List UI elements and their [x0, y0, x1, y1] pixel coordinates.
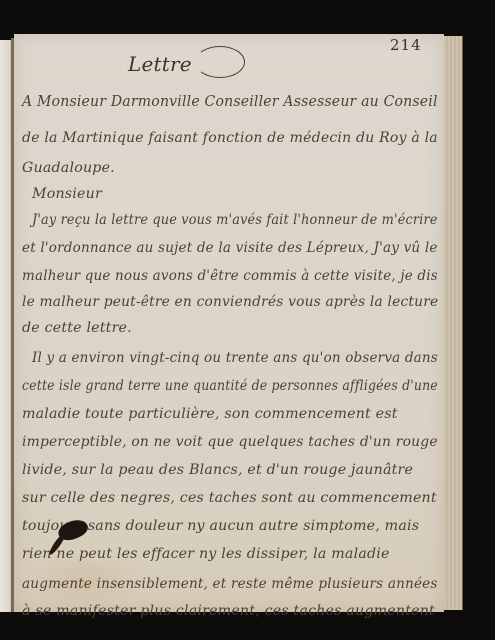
address-line-1: A Monsieur Darmonville Conseiller Assess…	[22, 92, 438, 110]
address-line-2: de la Martinique faisant fonction de méd…	[22, 130, 438, 146]
body-line-8: maladie toute particulière, son commence…	[22, 406, 398, 422]
body-line-14: augmente insensiblement, et reste même p…	[22, 576, 438, 592]
folio-number: 214	[390, 36, 422, 54]
body-line-1: J'ay reçu la lettre que vous m'avés fait…	[32, 212, 438, 228]
body-line-15: à se manifester plus clairement, ces tac…	[22, 603, 435, 619]
salutation: Monsieur	[32, 186, 102, 202]
body-line-13: rien ne peut les effacer ny les dissiper…	[22, 546, 390, 562]
letter-heading: Lettre	[128, 52, 192, 76]
heading-flourish	[195, 46, 245, 78]
body-line-6: Il y a environ vingt-cinq ou trente ans …	[32, 350, 438, 366]
body-line-9: imperceptible, on ne voit que quelques t…	[22, 434, 438, 450]
page-stack-edge	[444, 36, 463, 610]
body-line-3: malheur que nous avons d'être commis à c…	[22, 268, 438, 284]
body-line-2: et l'ordonnance au sujet de la visite de…	[22, 240, 438, 256]
address-line-3: Guadaloupe.	[22, 160, 115, 176]
body-line-7: cette isle grand terre une quantité de p…	[22, 378, 438, 394]
body-line-10: livide, sur la peau des Blancs, et d'un …	[22, 462, 413, 478]
body-line-5: de cette lettre.	[22, 320, 132, 336]
body-line-4: le malheur peut-être en conviendrés vous…	[22, 294, 438, 310]
body-line-11: sur celle des negres, ces taches sont au…	[22, 490, 437, 506]
manuscript-scan: 214 Lettre A Monsieur Darmonville Consei…	[0, 0, 495, 640]
